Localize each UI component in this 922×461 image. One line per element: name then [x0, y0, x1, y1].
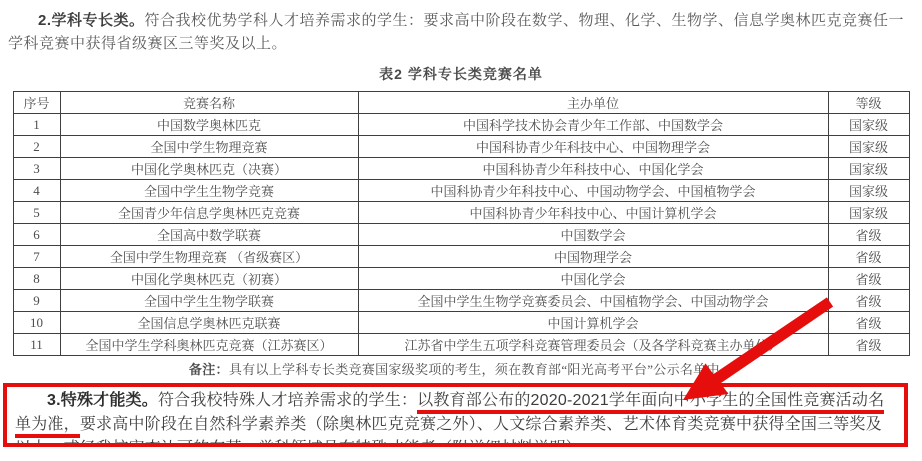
cell-org: 中国化学会: [358, 268, 828, 290]
col-header-name: 竞赛名称: [60, 92, 358, 114]
cell-level: 国家级: [828, 114, 909, 136]
cell-level: 国家级: [828, 202, 909, 224]
cell-name: 全国中学生生物学竞赛: [60, 180, 358, 202]
table-row: 1 中国数学奥林匹克 中国科学技术协会青少年工作部、中国数学会 国家级: [13, 114, 909, 136]
table-row: 10 全国信息学奥林匹克联赛 中国计算机学会 省级: [13, 312, 909, 334]
table-row: 3 中国化学奥林匹克（决赛） 中国科协青少年科技中心、中国化学会 国家级: [13, 158, 909, 180]
cell-level: 国家级: [828, 158, 909, 180]
cell-seq: 3: [13, 158, 60, 180]
cell-name: 全国中学生物理竞赛: [60, 136, 358, 158]
cell-name: 全国高中数学联赛: [60, 224, 358, 246]
cell-org: 中国科协青少年科技中心、中国化学会: [358, 158, 828, 180]
table-row: 7 全国中学生物理竞赛 （省级赛区） 中国物理学会 省级: [13, 246, 909, 268]
cell-org: 中国科协青少年科技中心、中国动物学会、中国植物学会: [358, 180, 828, 202]
table-header-row: 序号 竞赛名称 主办单位 等级: [13, 92, 909, 114]
document-page: 2.学科专长类。符合我校优势学科人才培养需求的学生：要求高中阶段在数学、物理、化…: [0, 0, 922, 461]
special-rest: 要求高中阶段在自然科学素养类（除奥林匹克竞赛之外）、人文综合素养类、艺术体育类竞…: [15, 416, 882, 447]
table-title: 表2 学科专长类竞赛名单: [0, 64, 922, 84]
table-row: 6 全国高中数学联赛 中国数学会 省级: [13, 224, 909, 246]
cell-level: 省级: [828, 246, 909, 268]
col-header-seq: 序号: [13, 92, 60, 114]
cell-org: 中国物理学会: [358, 246, 828, 268]
special-heading: 3.特殊才能类。: [47, 392, 158, 409]
cell-seq: 7: [13, 246, 60, 268]
cell-level: 省级: [828, 290, 909, 312]
cell-name: 全国青少年信息学奥林匹克竞赛: [60, 202, 358, 224]
cell-org: 中国科协青少年科技中心、中国物理学会: [358, 136, 828, 158]
table-row: 2 全国中学生物理竞赛 中国科协青少年科技中心、中国物理学会 国家级: [13, 136, 909, 158]
cell-level: 省级: [828, 312, 909, 334]
col-header-org: 主办单位: [358, 92, 828, 114]
special-lead: 符合我校特殊人才培养需求的学生：: [158, 392, 417, 409]
table-row: 8 中国化学奥林匹克（初赛） 中国化学会 省级: [13, 268, 909, 290]
remark-label: 备注：: [189, 362, 229, 377]
cell-level: 省级: [828, 224, 909, 246]
cell-seq: 10: [13, 312, 60, 334]
special-paragraph: 3.特殊才能类。符合我校特殊人才培养需求的学生：以教育部公布的2020-2021…: [7, 387, 904, 447]
cell-org: 中国计算机学会: [358, 312, 828, 334]
cell-name: 全国中学生学科奥林匹克竞赛（江苏赛区）: [60, 334, 358, 356]
cell-level: 国家级: [828, 136, 909, 158]
cell-level: 省级: [828, 334, 909, 356]
cell-org: 中国数学会: [358, 224, 828, 246]
col-header-level: 等级: [828, 92, 909, 114]
table-remark: 备注：具有以上学科专长类竞赛国家级奖项的考生，须在教育部“阳光高考平台”公示名单…: [0, 359, 922, 378]
table-row: 4 全国中学生生物学竞赛 中国科协青少年科技中心、中国动物学会、中国植物学会 国…: [13, 180, 909, 202]
remark-text: 具有以上学科专长类竞赛国家级奖项的考生，须在教育部“阳光高考平台”公示名单中。: [229, 362, 733, 377]
cell-name: 全国中学生物理竞赛 （省级赛区）: [60, 246, 358, 268]
cell-seq: 4: [13, 180, 60, 202]
table-row: 9 全国中学生生物学联赛 全国中学生生物学竞赛委员会、中国植物学会、中国动物学会…: [13, 290, 909, 312]
cell-seq: 8: [13, 268, 60, 290]
competition-table: 序号 竞赛名称 主办单位 等级 1 中国数学奥林匹克 中国科学技术协会青少年工作…: [13, 91, 910, 356]
cell-seq: 6: [13, 224, 60, 246]
cell-org: 中国科协青少年科技中心、中国计算机学会: [358, 202, 828, 224]
cell-level: 省级: [828, 268, 909, 290]
cell-level: 国家级: [828, 180, 909, 202]
cell-name: 全国信息学奥林匹克联赛: [60, 312, 358, 334]
intro-heading: 2.学科专长类。: [38, 12, 145, 29]
cell-seq: 11: [13, 334, 60, 356]
cell-seq: 1: [13, 114, 60, 136]
cell-org: 中国科学技术协会青少年工作部、中国数学会: [358, 114, 828, 136]
table-row: 5 全国青少年信息学奥林匹克竞赛 中国科协青少年科技中心、中国计算机学会 国家级: [13, 202, 909, 224]
table-row: 11 全国中学生学科奥林匹克竞赛（江苏赛区） 江苏省中学生五项学科竞赛管理委员会…: [13, 334, 909, 356]
intro-paragraph: 2.学科专长类。符合我校优势学科人才培养需求的学生：要求高中阶段在数学、物理、化…: [0, 0, 922, 55]
cell-org: 江苏省中学生五项学科竞赛管理委员会（及各学科竞赛主办单位）: [358, 334, 828, 356]
cell-seq: 5: [13, 202, 60, 224]
cell-name: 全国中学生生物学联赛: [60, 290, 358, 312]
cell-name: 中国化学奥林匹克（初赛）: [60, 268, 358, 290]
cell-name: 中国化学奥林匹克（决赛）: [60, 158, 358, 180]
cell-seq: 9: [13, 290, 60, 312]
cell-name: 中国数学奥林匹克: [60, 114, 358, 136]
cell-seq: 2: [13, 136, 60, 158]
cell-org: 全国中学生生物学竞赛委员会、中国植物学会、中国动物学会: [358, 290, 828, 312]
highlight-red-box: 3.特殊才能类。符合我校特殊人才培养需求的学生：以教育部公布的2020-2021…: [3, 383, 908, 447]
